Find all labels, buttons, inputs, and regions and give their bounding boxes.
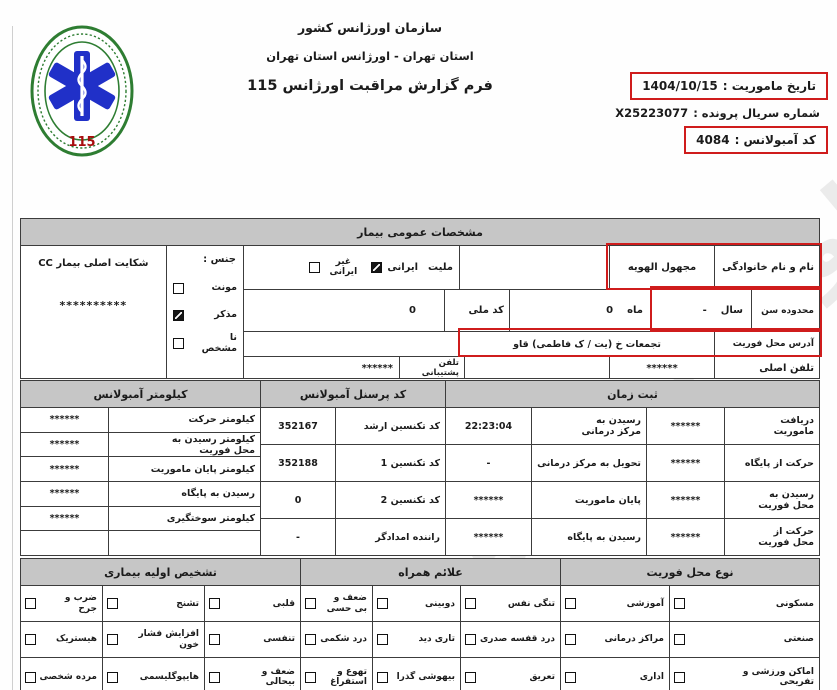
location-item: اداری (561, 658, 669, 690)
form-title: فرم گزارش مراقبت اورژانس 115 (225, 78, 515, 94)
diagnosis-item: تنفسی (204, 622, 300, 656)
nationality-option-non-iranian: غیر ایرانی (309, 258, 361, 278)
item-label: صنعتی (784, 634, 815, 644)
item-label: افزایش فشار خون (128, 629, 200, 650)
personnel-value: 352167 (261, 408, 335, 444)
time-label: پایان ماموریت (531, 482, 646, 518)
chief-complaint-label: شکایت اصلی بیمار CC (21, 258, 166, 269)
time-log-title: ثبت زمان (446, 381, 819, 408)
time-row: حرکت از محل فوریت ****** رسیدن به پایگاه… (446, 518, 819, 555)
km-value (21, 531, 108, 555)
option-label: ایرانی (387, 262, 418, 273)
time-row: رسیدن به محل فوریت ****** پایان ماموریت … (446, 481, 819, 518)
symptoms-section: علائم همراه تنگی نفس دوبینی ضعف و بی حسی… (301, 559, 561, 690)
location-row: مسکونی آموزشی (561, 586, 819, 621)
gender-option-unknown: نا مشخص (172, 333, 238, 355)
mission-date-value: 1404/10/15 (642, 79, 718, 93)
seizure-checkbox[interactable] (107, 598, 118, 609)
time-value: ****** (646, 445, 724, 481)
weakness-numbness-checkbox[interactable] (305, 598, 316, 609)
personnel-row: راننده امدادگر - (261, 518, 445, 555)
serial-value: X25223077 (615, 106, 688, 120)
time-label: حرکت از پایگاه (724, 445, 819, 481)
symptom-item: تاری دید (372, 622, 460, 656)
gender-option-male: مذکر (172, 310, 238, 321)
time-label: تحویل به مرکز درمانی (531, 445, 646, 481)
male-checkbox[interactable] (173, 310, 184, 321)
empty-cell (464, 357, 609, 379)
location-item: مراکز درمانی (561, 622, 669, 656)
diagnosis-item: تشنج (102, 586, 204, 621)
deceased-checkbox[interactable] (25, 672, 36, 683)
medical-center-checkbox[interactable] (565, 634, 576, 645)
item-label: ضرب و جرح (53, 593, 98, 614)
diagnosis-row: تنفسی افزایش فشار خون هیستریک (21, 621, 300, 656)
symptom-item: درد قفسه صدری (460, 622, 560, 656)
diagnosis-item: مرده شخصی (21, 658, 102, 690)
hysteric-checkbox[interactable] (25, 634, 36, 645)
serial-label: شماره سریال پرونده : (693, 106, 820, 120)
time-label: دریافت ماموریت (724, 408, 819, 444)
national-id-value: 0 (244, 290, 444, 331)
phone-main-label: تلفن اصلی (714, 357, 819, 379)
diagnosis-item: هیستریک (21, 622, 102, 656)
nationality-label: ملیت (428, 262, 453, 273)
empty-cell (459, 246, 609, 289)
time-value: ****** (446, 482, 531, 518)
national-id-label: کد ملی (444, 290, 509, 331)
gender-column: جنس : مونث مذکر نا مشخص (167, 246, 244, 379)
address-value: تجمعات خ (یت / ک فاطمی) قاو (459, 332, 714, 356)
time-row: حرکت از پایگاه ****** تحویل به مرکز درما… (446, 444, 819, 481)
km-value: ****** (21, 482, 108, 506)
symptom-item: ضعف و بی حسی (301, 586, 372, 621)
age-month-cell: ماه 0 (509, 290, 651, 331)
symptoms-row: تعریق بیهوشی گذرا تهوع و استفراغ (301, 657, 560, 690)
time-label: رسیدن به محل فوریت (724, 482, 819, 518)
time-value: ****** (646, 482, 724, 518)
option-label: نا مشخص (201, 333, 237, 355)
chief-complaint-value: ********** (21, 299, 166, 312)
time-log-section: ثبت زمان دریافت ماموریت ****** رسیدن به … (446, 381, 819, 555)
diagnosis-row: قلبی تشنج ضرب و جرح (21, 586, 300, 621)
km-label: کیلومتر رسیدن به محل فوریت (108, 433, 260, 457)
kilometer-row: کیلومتر حرکت ****** (21, 408, 260, 432)
name-label: نام و نام خانوادگی (714, 246, 819, 289)
ems-logo: 115 (28, 22, 136, 168)
time-value: ****** (646, 408, 724, 444)
mission-date-field: تاریخ ماموریت : 1404/10/15 (630, 72, 828, 100)
phone-alt-label: تلفن پشتیبانی (399, 357, 464, 379)
time-label: حرکت از محل فوریت (724, 519, 819, 555)
industrial-checkbox[interactable] (674, 634, 685, 645)
symptom-item: دوبینی (372, 586, 460, 621)
location-item: آموزشی (561, 586, 669, 621)
location-item: مسکونی (669, 586, 819, 621)
female-checkbox[interactable] (173, 283, 184, 294)
personnel-label: راننده امدادگر (335, 519, 445, 555)
non-iranian-checkbox[interactable] (309, 262, 320, 273)
option-label: مذکر (195, 310, 237, 321)
dyspnea-checkbox[interactable] (465, 598, 476, 609)
km-label: رسیدن به پایگاه (108, 482, 260, 506)
item-label: تشنج (176, 599, 200, 609)
item-label: مراکز درمانی (605, 634, 665, 644)
cardiac-checkbox[interactable] (209, 598, 220, 609)
item-label: ضعف و بیحالی (251, 667, 296, 688)
personnel-value: - (261, 519, 335, 555)
diagnosis-row: ضعف و بیحالی هایپوگلیسمی مرده شخصی (21, 657, 300, 690)
serial-number-field: شماره سریال پرونده : X25223077 (615, 104, 828, 122)
scan-edge-line (12, 26, 13, 690)
km-label: کیلومتر پایان ماموریت (108, 457, 260, 481)
kilometer-row-empty (21, 530, 260, 555)
time-value: 22:23:04 (446, 408, 531, 444)
respiratory-checkbox[interactable] (209, 634, 220, 645)
age-range-label: محدوده سن (751, 290, 819, 331)
kilometer-section: کیلومتر آمبولانس کیلومتر حرکت ****** کیل… (21, 381, 261, 555)
item-label: مسکونی (776, 599, 815, 609)
phone-alt-value: ****** (244, 357, 399, 379)
mission-date-label: تاریخ ماموریت : (723, 79, 816, 93)
location-title: نوع محل فوریت (561, 559, 819, 586)
personnel-row: کد تکنسین 2 0 (261, 481, 445, 518)
item-label: اداری (640, 672, 665, 682)
item-label: هیستریک (56, 634, 98, 644)
residential-checkbox[interactable] (674, 598, 685, 609)
nationality-option-iranian: ایرانی (371, 262, 418, 273)
symptoms-title: علائم همراه (301, 559, 560, 586)
header-meta: تاریخ ماموریت : 1404/10/15 شماره سریال پ… (615, 72, 828, 154)
km-label: کیلومتر سوختگیری (108, 507, 260, 531)
sports-venue-checkbox[interactable] (674, 672, 685, 683)
location-item: صنعتی (669, 622, 819, 656)
item-label: تنگی نفس (508, 599, 556, 609)
year-value: - (703, 305, 707, 316)
patient-main-grid: نام و نام خانوادگی مجهول الهویه ملیت ایر… (244, 246, 819, 379)
item-label: قلبی (273, 599, 296, 609)
gender-option-female: مونث (172, 283, 238, 294)
chief-complaint-column: شکایت اصلی بیمار CC ********** (21, 246, 167, 379)
ems-care-report-form: اورژانس تهران 115 سازمان اورژانس کشور اس… (0, 0, 837, 690)
diagnosis-item: افزایش فشار خون (102, 622, 204, 656)
assessment-table: نوع محل فوریت مسکونی آموزشی صنعتی مراکز … (20, 558, 820, 690)
item-label: اماکن ورزشی و تفریحی (730, 667, 815, 688)
mission-data-table: ثبت زمان دریافت ماموریت ****** رسیدن به … (20, 380, 820, 556)
item-label: هایپوگلیسمی (140, 672, 200, 682)
time-value: ****** (646, 519, 724, 555)
header-titles: سازمان اورژانس کشور استان تهران - اورژان… (225, 20, 515, 94)
ambulance-code-label: کد آمبولانس : (735, 133, 816, 147)
abdominal-pain-checkbox[interactable] (305, 634, 316, 645)
phone-main-value: ****** (609, 357, 714, 379)
diagnosis-item: ضعف و بیحالی (204, 658, 300, 690)
option-label: غیر ایرانی (325, 258, 361, 278)
month-label: ماه (627, 305, 643, 316)
item-label: تهوع و استفراغ (316, 667, 368, 688)
address-label: آدرس محل فوریت (714, 332, 819, 356)
km-label: کیلومتر حرکت (108, 408, 260, 432)
personnel-row: کد تکنسین 1 352188 (261, 444, 445, 481)
location-row: صنعتی مراکز درمانی (561, 621, 819, 656)
km-value: ****** (21, 408, 108, 432)
symptom-item: بیهوشی گذرا (372, 658, 460, 690)
kilometer-row: کیلومتر پایان ماموریت ****** (21, 456, 260, 481)
ambulance-code-field: کد آمبولانس : 4084 (684, 126, 828, 154)
personnel-value: 352188 (261, 445, 335, 481)
personnel-code-section: کد پرسنل آمبولانس کد تکنسین ارشد 352167 … (261, 381, 446, 555)
item-label: آموزشی (627, 599, 665, 609)
diplopia-checkbox[interactable] (377, 598, 388, 609)
patient-section-title: مشخصات عمومی بیمار (21, 219, 819, 246)
patient-info-table: مشخصات عمومی بیمار نام و نام خانوادگی مج… (20, 218, 820, 379)
symptom-item: تهوع و استفراغ (301, 658, 372, 690)
symptom-item: تنگی نفس (460, 586, 560, 621)
personnel-label: کد تکنسین 1 (335, 445, 445, 481)
location-row: اماکن ورزشی و تفریحی اداری (561, 657, 819, 690)
org-name: سازمان اورژانس کشور (225, 20, 515, 35)
km-value: ****** (21, 507, 108, 531)
educational-checkbox[interactable] (565, 598, 576, 609)
personnel-label: کد تکنسین ارشد (335, 408, 445, 444)
diagnosis-item: ضرب و جرح (21, 586, 102, 621)
diagnosis-title: تشخیص اولیه بیماری (21, 559, 300, 586)
personnel-label: کد تکنسین 2 (335, 482, 445, 518)
row-age-nationalid: محدوده سن سال - ماه 0 کد ملی 0 (244, 289, 819, 331)
hypertension-checkbox[interactable] (107, 634, 118, 645)
item-label: مرده شخصی (39, 672, 98, 682)
gender-label: جنس : (172, 254, 238, 265)
item-label: بیهوشی گذرا (397, 672, 456, 682)
month-value: 0 (606, 305, 613, 316)
kilometer-row: کیلومتر سوختگیری ****** (21, 506, 260, 531)
symptom-item: تعریق (460, 658, 560, 690)
km-value: ****** (21, 433, 108, 457)
hypoglycemia-checkbox[interactable] (107, 672, 118, 683)
org-province: استان تهران - اورژانس استان تهران (225, 49, 515, 63)
blurred-vision-checkbox[interactable] (377, 634, 388, 645)
diagnosis-item: قلبی (204, 586, 300, 621)
unknown-gender-checkbox[interactable] (173, 338, 184, 349)
syncope-checkbox[interactable] (377, 672, 388, 683)
sweating-checkbox[interactable] (465, 672, 476, 683)
time-value: - (446, 445, 531, 481)
kilometer-title: کیلومتر آمبولانس (21, 381, 260, 408)
location-item: اماکن ورزشی و تفریحی (669, 658, 819, 690)
item-label: دوبینی (425, 599, 456, 609)
name-value: مجهول الهویه (609, 246, 714, 289)
item-label: تنفسی (263, 634, 296, 644)
personnel-row: کد تکنسین ارشد 352167 (261, 408, 445, 444)
initial-diagnosis-section: تشخیص اولیه بیماری قلبی تشنج ضرب و جرح ت… (21, 559, 301, 690)
row-name-nationality: نام و نام خانوادگی مجهول الهویه ملیت ایر… (244, 246, 819, 289)
empty-cell (244, 332, 459, 356)
chest-pain-checkbox[interactable] (465, 634, 476, 645)
age-year-cell: سال - (651, 290, 751, 331)
time-row: دریافت ماموریت ****** رسیدن به مرکز درما… (446, 408, 819, 444)
symptoms-row: تنگی نفس دوبینی ضعف و بی حسی (301, 586, 560, 621)
km-label (108, 531, 260, 555)
time-label: رسیدن به مرکز درمانی (531, 408, 646, 444)
personnel-title: کد پرسنل آمبولانس (261, 381, 445, 408)
symptom-item: درد شکمی (301, 622, 372, 656)
iranian-checkbox[interactable] (371, 262, 382, 273)
year-label: سال (721, 305, 743, 316)
nausea-vomiting-checkbox[interactable] (305, 672, 316, 683)
item-label: درد قفسه صدری (480, 634, 556, 644)
logo-115-number: 115 (68, 135, 95, 150)
km-value: ****** (21, 457, 108, 481)
symptoms-row: درد قفسه صدری تاری دید درد شکمی (301, 621, 560, 656)
time-label: رسیدن به پایگاه (531, 519, 646, 555)
nationality-cell: ملیت ایرانی غیر ایرانی (244, 246, 459, 289)
diagnosis-item: هایپوگلیسمی (102, 658, 204, 690)
option-label: مونث (195, 283, 237, 294)
row-phones: تلفن اصلی ****** تلفن پشتیبانی ****** (244, 356, 819, 379)
star-of-life-logo: 115 (28, 22, 136, 164)
item-label: ضعف و بی حسی (323, 593, 368, 614)
item-label: تعریق (529, 672, 556, 682)
weakness-lethargy-checkbox[interactable] (209, 672, 220, 683)
kilometer-row: کیلومتر رسیدن به محل فوریت ****** (21, 432, 260, 457)
ambulance-code-value: 4084 (696, 133, 729, 147)
row-address: آدرس محل فوریت تجمعات خ (یت / ک فاطمی) ق… (244, 331, 819, 356)
time-value: ****** (446, 519, 531, 555)
office-checkbox[interactable] (565, 672, 576, 683)
emergency-location-section: نوع محل فوریت مسکونی آموزشی صنعتی مراکز … (561, 559, 819, 690)
item-label: تاری دید (418, 634, 456, 644)
kilometer-row: رسیدن به پایگاه ****** (21, 481, 260, 506)
assault-checkbox[interactable] (25, 598, 36, 609)
personnel-value: 0 (261, 482, 335, 518)
item-label: درد شکمی (320, 634, 368, 644)
